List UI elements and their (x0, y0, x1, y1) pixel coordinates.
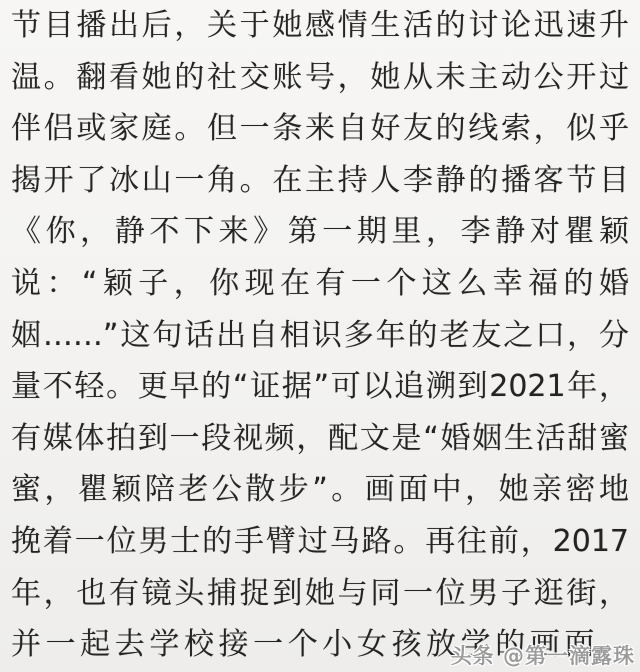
article-line: 《你，静不下来》第一期里，李静对瞿颖 (11, 206, 629, 258)
article-line: 有媒体拍到一段视频，配文是“婚姻生活甜蜜 (11, 413, 629, 465)
toutiao-watermark: 头条 @第一滴露珠 (451, 646, 635, 667)
article-line: 温。翻看她的社交账号，她从未主动公开过 (11, 52, 629, 104)
article-line: 说：“颖子，你现在有一个这么幸福的婚 (11, 258, 629, 310)
article-line: 年，也有镜头捕捉到她与同一位男子逛街， (11, 568, 629, 620)
article-line: 挽着一位男士的手臂过马路。再往前，2017 (11, 516, 629, 568)
article-line: 揭开了冰山一角。在主持人李静的播客节目 (11, 155, 629, 207)
article-line: 伴侣或家庭。但一条来自好友的线索，似乎 (11, 103, 629, 155)
article-line: 量不轻。更早的“证据”可以追溯到2021年， (11, 361, 629, 413)
article-line: 蜜，瞿颖陪老公散步”。画面中，她亲密地 (11, 464, 629, 516)
article-text-block: 节目播出后，关于她感情生活的讨论迅速升 温。翻看她的社交账号，她从未主动公开过 … (0, 0, 640, 672)
article-line: 节目播出后，关于她感情生活的讨论迅速升 (11, 0, 629, 52)
article-line: 姻……”这句话出自相识多年的老友之口，分 (11, 310, 629, 362)
